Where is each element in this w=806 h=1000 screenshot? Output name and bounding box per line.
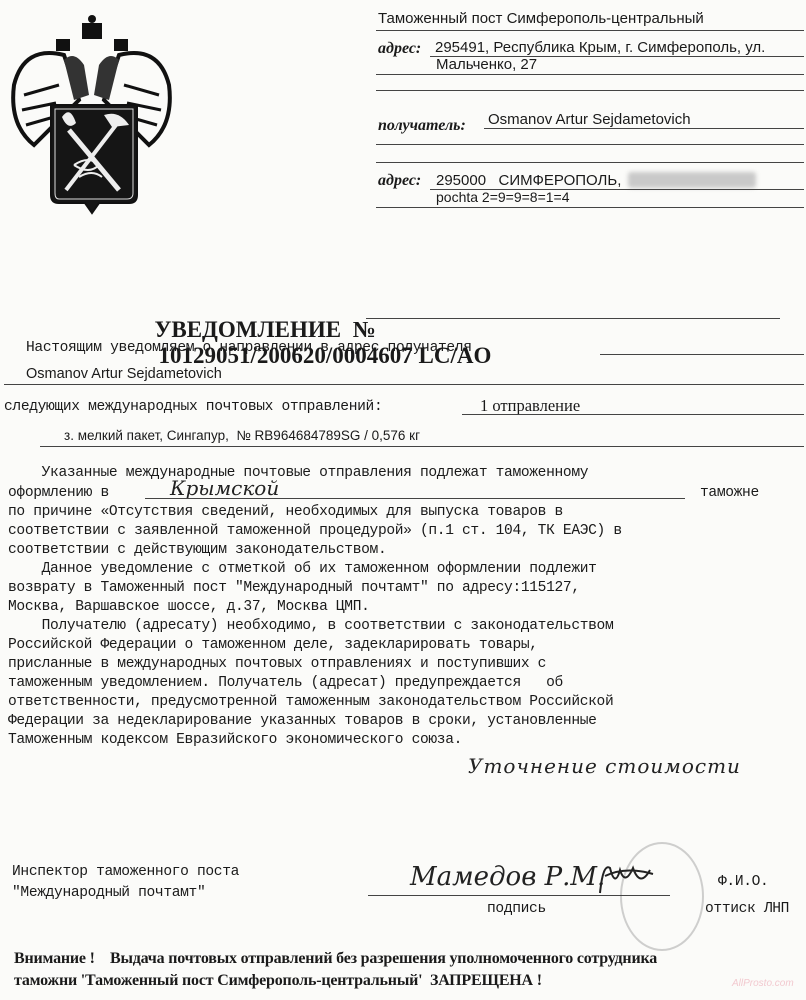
paragraph-1-line-4: соответствии с заявленной таможенной про…: [8, 521, 622, 541]
paragraph-3-line-4: таможенным уведомлением. Получатель (адр…: [8, 673, 563, 693]
fio-label: Ф.И.О.: [718, 872, 768, 892]
recipient-address-line2: pochta 2=9=9=8=1=4: [436, 189, 570, 205]
intro-text: Настоящим уведомляем о направлении в адр…: [26, 338, 472, 358]
warning-line-1: Внимание ! Выдача почтовых отправлений б…: [14, 950, 657, 968]
paragraph-3-line-5: ответственности, предусмотренной таможен…: [8, 692, 613, 712]
inspector-title-line-2: "Международный почтамт": [12, 883, 205, 903]
recipient-name: Osmanov Artur Sejdametovich: [488, 111, 691, 128]
paragraph-3-line-3: присланные в международных почтовых отпр…: [8, 654, 546, 674]
signature-scribble: [595, 858, 655, 906]
stamp-label: оттиск ЛНП: [705, 899, 789, 919]
signature-label: подпись: [487, 899, 546, 919]
handwritten-customs-name: Крымской: [170, 476, 279, 500]
paragraph-3-line-1: Получателю (адресату) необходимо, в соот…: [8, 616, 613, 636]
recipient-label: получатель:: [378, 117, 466, 135]
office-address-line2: Мальченко, 27: [436, 56, 537, 73]
customs-office-name: Таможенный пост Симферополь-центральный: [378, 10, 704, 27]
item-detail: з. мелкий пакет, Сингапур, № RB964684789…: [64, 428, 420, 443]
inspector-title-line-1: Инспектор таможенного поста: [12, 862, 239, 882]
paragraph-1-line-1: Указанные международные почтовые отправл…: [8, 463, 588, 483]
paragraph-1-line-2-prefix: оформлению в: [8, 483, 109, 503]
items-label: следующих международных почтовых отправл…: [4, 397, 382, 417]
handwritten-inspector-name: Мамедов Р.М.: [410, 862, 605, 892]
office-address-line1: 295491, Республика Крым, г. Симферополь,…: [435, 39, 765, 56]
items-count: 1 отправление: [480, 396, 580, 416]
watermark: AllProsto.com: [732, 978, 794, 989]
paragraph-1-line-5: соответствии с действующим законодательс…: [8, 540, 386, 560]
paragraph-2-line-2: возврату в Таможенный пост "Международны…: [8, 578, 580, 598]
redacted-address: [628, 172, 756, 188]
recipient-address-line1: 295000 СИМФЕРОПОЛЬ,: [436, 172, 621, 189]
recipient-address-label: адрес:: [378, 172, 421, 190]
paragraph-2-line-3: Москва, Варшавское шоссе, д.37, Москва Ц…: [8, 597, 370, 617]
customs-emblem-icon: [4, 5, 179, 215]
paragraph-3-line-7: Таможенным кодексом Евразийского экономи…: [8, 730, 462, 750]
paragraph-1-line-3: по причине «Отсутствия сведений, необход…: [8, 502, 563, 522]
paragraph-2-line-1: Данное уведомление с отметкой об их тамо…: [8, 559, 597, 579]
paragraph-3-line-6: Федерации за недекларирование указанных …: [8, 711, 597, 731]
warning-line-2: таможни 'Таможенный пост Симферополь-цен…: [14, 972, 542, 990]
paragraph-1-line-2-suffix: таможне: [700, 483, 759, 503]
handwritten-note: Уточнение стоимости: [468, 754, 741, 778]
intro-recipient-name: Osmanov Artur Sejdametovich: [26, 366, 222, 382]
office-address-label: адрес:: [378, 40, 421, 58]
paragraph-3-line-2: Российской Федерации о таможенном деле, …: [8, 635, 538, 655]
